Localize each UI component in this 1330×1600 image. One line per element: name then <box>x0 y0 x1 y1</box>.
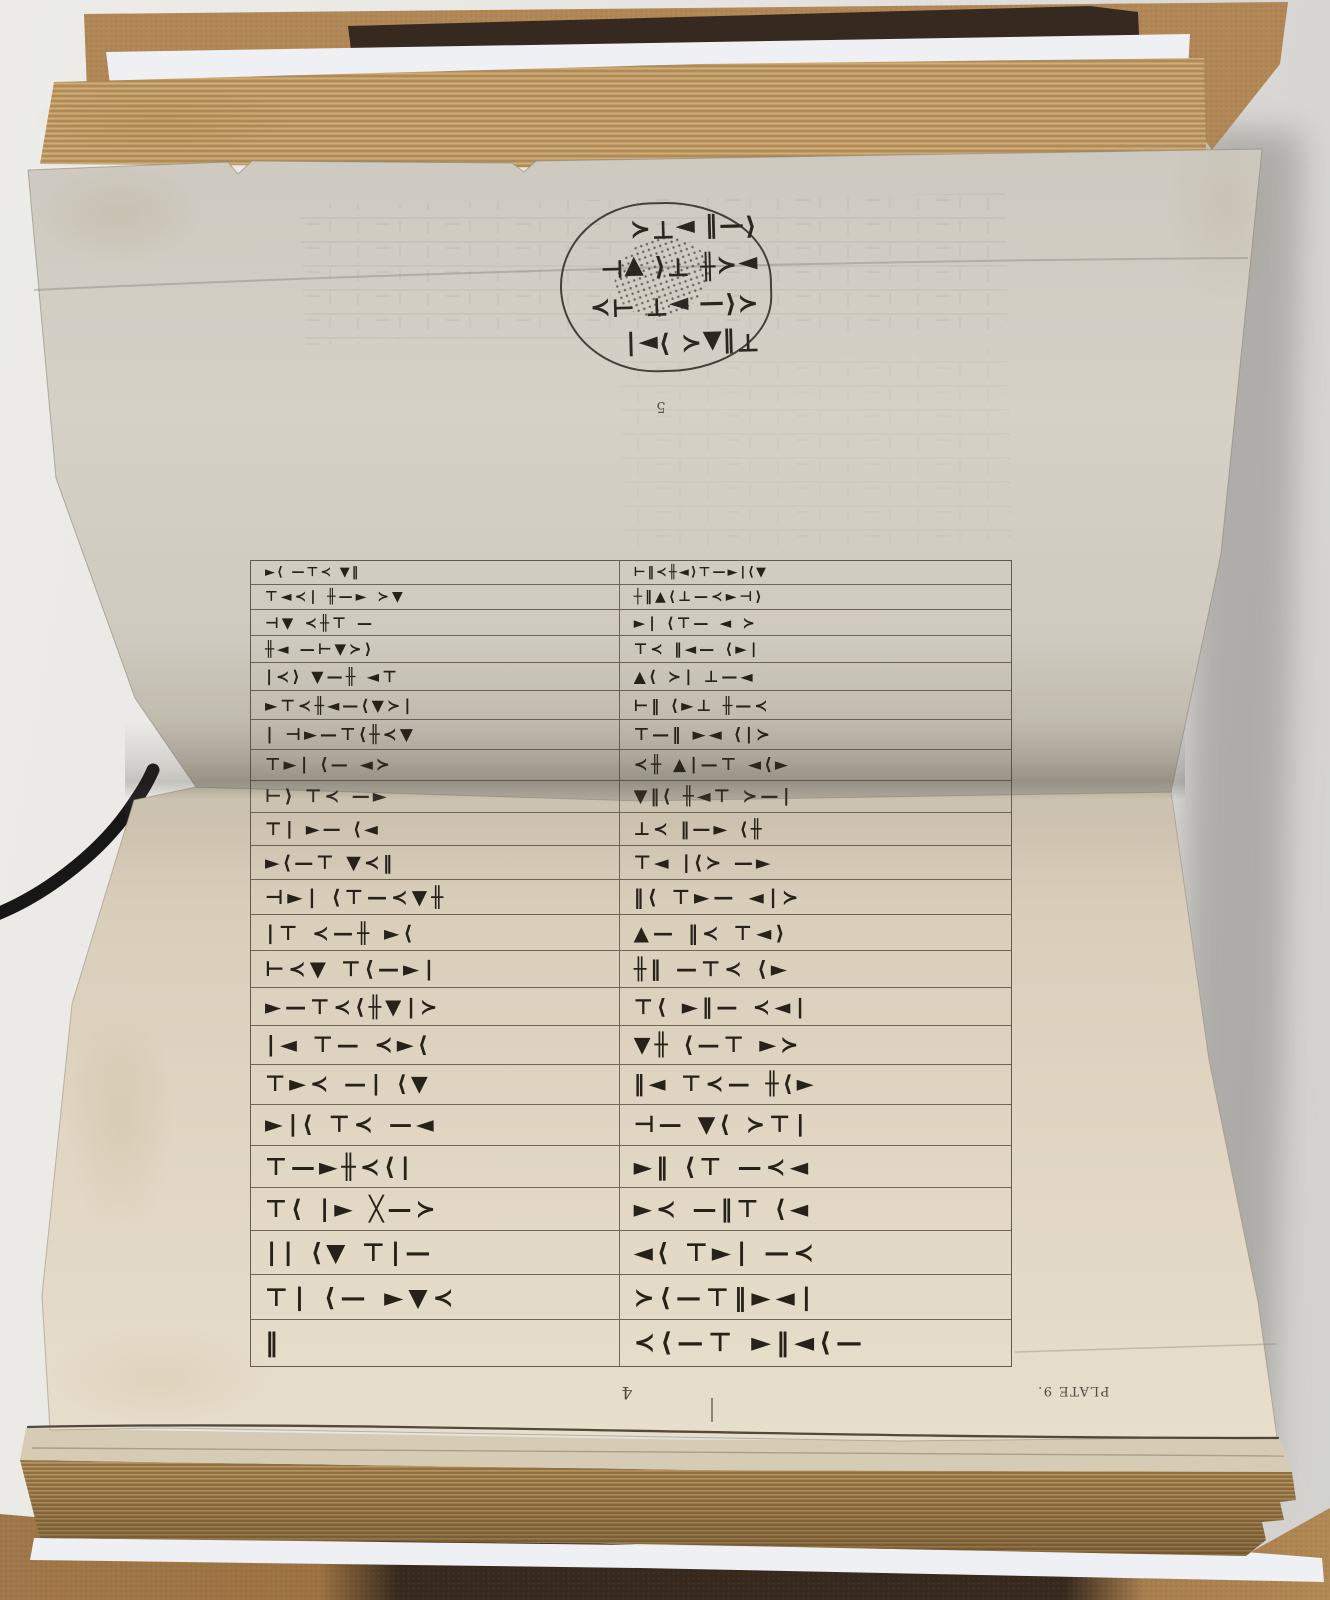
table-row: ⊣▼ ≺╫⊤ —►∣ ⟨⊤— ◄ ≻ <box>251 610 1011 636</box>
table-cell-left: ∣≺⟩ ▼—╫ ◄⊤ <box>251 663 620 690</box>
table-row: ►⊤≺╫◄—⟨▼≻∣⊢‖ ⟨►⊥ ╫—≺ <box>251 691 1011 720</box>
figure-number-4: 4 <box>612 1382 642 1402</box>
table-cell-left: ⊤►∣ ⟨— ◄≻ <box>251 750 620 780</box>
plate-caption: PLATE 9. <box>1030 1383 1116 1398</box>
table-row: ∣ ⊣►—⊤⟨╫≺▼⊤—‖ ►◄ ⟨∣≻ <box>251 720 1011 750</box>
table-cell-right: ⊢‖ ⟨►⊥ ╫—≺ <box>620 691 1011 719</box>
table-row: ⊤—►╫≺⟨∣►‖ ⟨⊤ —≺◄ <box>251 1146 1011 1188</box>
table-row: ►∣⟨ ⊤≺ —◄⊣— ▼⟨ ≻⊤∣ <box>251 1105 1011 1146</box>
table-cell-left: ►—⊤≺⟨╫▼∣≻ <box>251 988 620 1025</box>
table-cell-left: ⊤⟨ ∣► ╳—≻ <box>251 1188 620 1230</box>
table-row: ∣⊤ ≺—╫ ►⟨▲— ‖≺ ⊤◄⟩ <box>251 915 1011 951</box>
table-cell-right: ◄⟨ ⊤►∣ —≺ <box>620 1231 1011 1274</box>
fore-edge-stain <box>30 86 290 154</box>
figure-number-5: 5 <box>648 398 674 416</box>
small-paper-tear <box>711 1398 713 1422</box>
table-cell-right: ▼‖⟨ ╫◄⊤ ≻—∣ <box>620 781 1011 812</box>
table-cell-right: ≺╫ ▲∣—⊤ ◄⟨► <box>620 750 1011 780</box>
table-cell-right: ▲⟨ ≻∣ ⊥—◄ <box>620 663 1011 690</box>
lower-page-stain-corner <box>40 1325 280 1435</box>
table-cell-left: ╫◄ —⊢▼≻⟩ <box>251 636 620 662</box>
table-cell-right: ▼╫ ⟨—⊤ ►≻ <box>620 1026 1011 1064</box>
table-row: ⊤►∣ ⟨— ◄≻≺╫ ▲∣—⊤ ◄⟨► <box>251 750 1011 781</box>
tablet-glyph-line: ⊤‖▲≺ ⟩►∣ <box>575 330 760 360</box>
table-cell-right: ⊥≺ ‖—► ⟨╫ <box>620 813 1011 845</box>
table-row: ►⟨ —⊤≺ ▼‖⊢‖≺╫◄⟩⊤—►∣⟨▼ <box>251 561 1011 585</box>
table-cell-left: ⊢⟩ ⊤≺ —► <box>251 781 620 812</box>
tablet-figure: ⊤‖▲≺ ⟩►∣≺⟨— ►⊤ ⊣≻►≺╫ ⊤⟨ ▼⊢⟨—‖ ►⊤≺ <box>558 199 774 374</box>
table-row: ⊢⟩ ⊤≺ —►▼‖⟨ ╫◄⊤ ≻—∣ <box>251 781 1011 813</box>
show-through-ghost-2 <box>620 348 1012 550</box>
table-cell-left: ⊢≺▼ ⊤⟨—►∣ <box>251 951 620 987</box>
cuneiform-table: ►⟨ —⊤≺ ▼‖⊢‖≺╫◄⟩⊤—►∣⟨▼⊤◄≺∣ ╫—► ≻▼┼‖▲⟨⊥—≺►… <box>250 560 1012 1367</box>
table-cell-left: ►∣⟨ ⊤≺ —◄ <box>251 1105 620 1145</box>
table-cell-right: ⊢‖≺╫◄⟩⊤—►∣⟨▼ <box>620 561 1011 584</box>
table-cell-right: ⊤≺ ‖◄— ⟨►∣ <box>620 636 1011 662</box>
table-cell-right: ▲— ‖≺ ⊤◄⟩ <box>620 915 1011 950</box>
table-cell-left: ⊤∣ ►— ⟨◄ <box>251 813 620 845</box>
table-row: ⊤⟨ ∣► ╳—≻►≺ —‖⊤ ⟨◄ <box>251 1188 1011 1231</box>
table-cell-left: ►⟨ —⊤≺ ▼‖ <box>251 561 620 584</box>
upper-page-stain-right <box>1165 115 1285 305</box>
table-cell-left: ⊤∣ ⟨— ►▼≺ <box>251 1275 620 1319</box>
table-cell-left: ⊣►∣ ⟨⊤—≺▼╫ <box>251 880 620 914</box>
table-row: ∣◄ ⊤— ≺►⟨▼╫ ⟨—⊤ ►≻ <box>251 1026 1011 1065</box>
table-row: ⊤∣ ►— ⟨◄⊥≺ ‖—► ⟨╫ <box>251 813 1011 846</box>
table-cell-right: ⊤◄ ∣⟨≻ —► <box>620 846 1011 879</box>
table-row: ⊢≺▼ ⊤⟨—►∣╫‖ —⊤≺ ⟨► <box>251 951 1011 988</box>
table-row: ∣∣ ⟨▼ ⊤∣—◄⟨ ⊤►∣ —≺ <box>251 1231 1011 1275</box>
table-row: ⊣►∣ ⟨⊤—≺▼╫‖⟨ ⊤►— ◄∣≻ <box>251 880 1011 915</box>
table-row: ►⟨—⊤ ▼≺‖⊤◄ ∣⟨≻ —► <box>251 846 1011 880</box>
table-row: ‖≺⟨—⊤ ►‖◄⟨— <box>251 1320 1011 1366</box>
table-row: ⊤►≺ —∣ ⟨▼‖◄ ⊤≺— ╫⟨► <box>251 1065 1011 1105</box>
table-cell-right: ≺⟨—⊤ ►‖◄⟨— <box>620 1320 1011 1366</box>
table-cell-right: ⊤⟨ ►‖— ≺◄∣ <box>620 988 1011 1025</box>
table-row: ╫◄ —⊢▼≻⟩⊤≺ ‖◄— ⟨►∣ <box>251 636 1011 663</box>
photo-of-open-antique-book: ⊤‖▲≺ ⟩►∣≺⟨— ►⊤ ⊣≻►≺╫ ⊤⟨ ▼⊢⟨—‖ ►⊤≺ 5 ►⟨ —… <box>0 0 1330 1600</box>
table-row: ⊤∣ ⟨— ►▼≺≻⟨—⊤‖►◄∣ <box>251 1275 1011 1320</box>
table-cell-right: ‖◄ ⊤≺— ╫⟨► <box>620 1065 1011 1104</box>
table-row: ∣≺⟩ ▼—╫ ◄⊤▲⟨ ≻∣ ⊥—◄ <box>251 663 1011 691</box>
table-cell-right: ►∣ ⟨⊤— ◄ ≻ <box>620 610 1011 635</box>
table-cell-left: ∣⊤ ≺—╫ ►⟨ <box>251 915 620 950</box>
table-cell-left: ∣∣ ⟨▼ ⊤∣— <box>251 1231 620 1274</box>
table-cell-right: ⊣— ▼⟨ ≻⊤∣ <box>620 1105 1011 1145</box>
table-cell-right: ►‖ ⟨⊤ —≺◄ <box>620 1146 1011 1187</box>
table-cell-left: ⊤—►╫≺⟨∣ <box>251 1146 620 1187</box>
table-cell-left: ‖ <box>251 1320 620 1366</box>
table-row: ►—⊤≺⟨╫▼∣≻⊤⟨ ►‖— ≺◄∣ <box>251 988 1011 1026</box>
table-cell-right: ┼‖▲⟨⊥—≺►⊣⟩ <box>620 585 1011 609</box>
table-row: ⊤◄≺∣ ╫—► ≻▼┼‖▲⟨⊥—≺►⊣⟩ <box>251 585 1011 610</box>
table-cell-right: ►≺ —‖⊤ ⟨◄ <box>620 1188 1011 1230</box>
table-cell-left: ►⊤≺╫◄—⟨▼≻∣ <box>251 691 620 719</box>
table-cell-left: ∣ ⊣►—⊤⟨╫≺▼ <box>251 720 620 749</box>
table-cell-left: ►⟨—⊤ ▼≺‖ <box>251 846 620 879</box>
table-cell-right: ╫‖ —⊤≺ ⟨► <box>620 951 1011 987</box>
table-cell-left: ⊤►≺ —∣ ⟨▼ <box>251 1065 620 1104</box>
table-cell-left: ⊤◄≺∣ ╫—► ≻▼ <box>251 585 620 609</box>
table-cell-left: ∣◄ ⊤— ≺►⟨ <box>251 1026 620 1064</box>
lower-page-stain-left <box>65 1005 175 1235</box>
table-cell-left: ⊣▼ ≺╫⊤ — <box>251 610 620 635</box>
upper-page-stain-left <box>35 165 205 265</box>
table-cell-right: ‖⟨ ⊤►— ◄∣≻ <box>620 880 1011 914</box>
table-cell-right: ≻⟨—⊤‖►◄∣ <box>620 1275 1011 1319</box>
table-cell-right: ⊤—‖ ►◄ ⟨∣≻ <box>620 720 1011 749</box>
